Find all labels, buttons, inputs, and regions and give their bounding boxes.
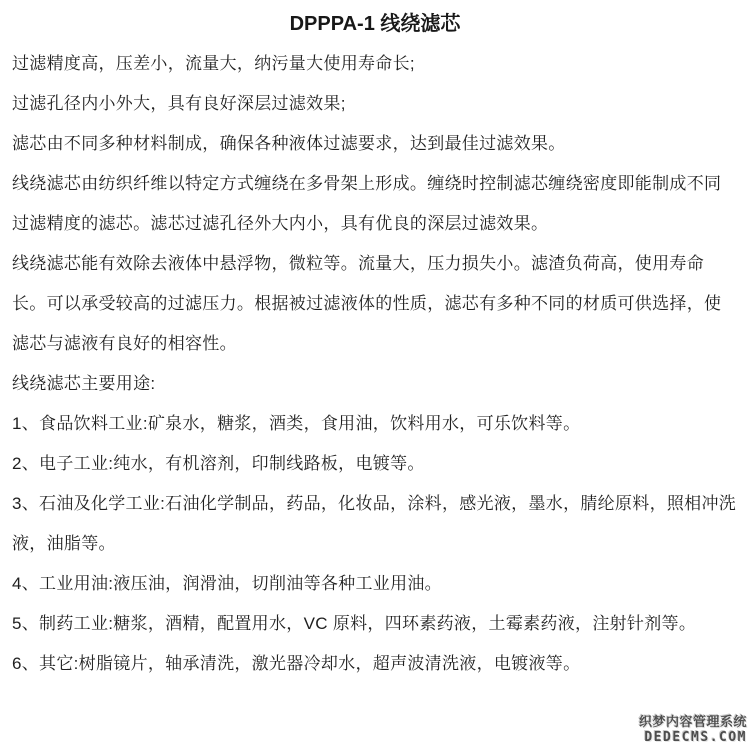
document-body: 过滤精度高，压差小，流量大，纳污量大使用寿命长; 过滤孔径内小外大，具有良好深层…	[0, 44, 750, 684]
use-item-4: 4、工业用油:液压油，润滑油，切削油等各种工业用油。	[12, 564, 738, 604]
use-item-2: 2、电子工业:纯水，有机溶剂，印制线路板，电镀等。	[12, 444, 738, 484]
use-item-5: 5、制药工业:糖浆，酒精，配置用水，VC 原料，四环素药液，土霉素药液，注射针剂…	[12, 604, 738, 644]
intro-paragraph-2: 过滤孔径内小外大，具有良好深层过滤效果;	[12, 84, 738, 124]
watermark-chinese-text: 织梦内容管理系统	[639, 714, 747, 730]
document-page: DPPPA-1 线绕滤芯 过滤精度高，压差小，流量大，纳污量大使用寿命长; 过滤…	[0, 0, 750, 750]
dedecms-watermark: 织梦内容管理系统 DEDECMS.COM	[639, 714, 747, 746]
intro-paragraph-5: 线绕滤芯能有效除去液体中悬浮物，微粒等。流量大，压力损失小。滤渣负荷高，使用寿命…	[12, 244, 738, 364]
use-item-1: 1、食品饮料工业:矿泉水，糖浆，酒类，食用油，饮料用水，可乐饮料等。	[12, 404, 738, 444]
intro-paragraph-1: 过滤精度高，压差小，流量大，纳污量大使用寿命长;	[12, 44, 738, 84]
watermark-dedecms-url: DEDECMS.COM	[639, 730, 747, 746]
intro-paragraph-3: 滤芯由不同多种材料制成，确保各种液体过滤要求，达到最佳过滤效果。	[12, 124, 738, 164]
page-title: DPPPA-1 线绕滤芯	[0, 0, 750, 38]
use-item-3: 3、石油及化学工业:石油化学制品，药品，化妆品，涂料，感光液，墨水，腈纶原料，照…	[12, 484, 738, 564]
use-item-6: 6、其它:树脂镜片，轴承清洗，激光器冷却水，超声波清洗液，电镀液等。	[12, 644, 738, 684]
uses-heading: 线绕滤芯主要用途:	[12, 364, 738, 404]
intro-paragraph-4: 线绕滤芯由纺织纤维以特定方式缠绕在多骨架上形成。缠绕时控制滤芯缠绕密度即能制成不…	[12, 164, 738, 244]
